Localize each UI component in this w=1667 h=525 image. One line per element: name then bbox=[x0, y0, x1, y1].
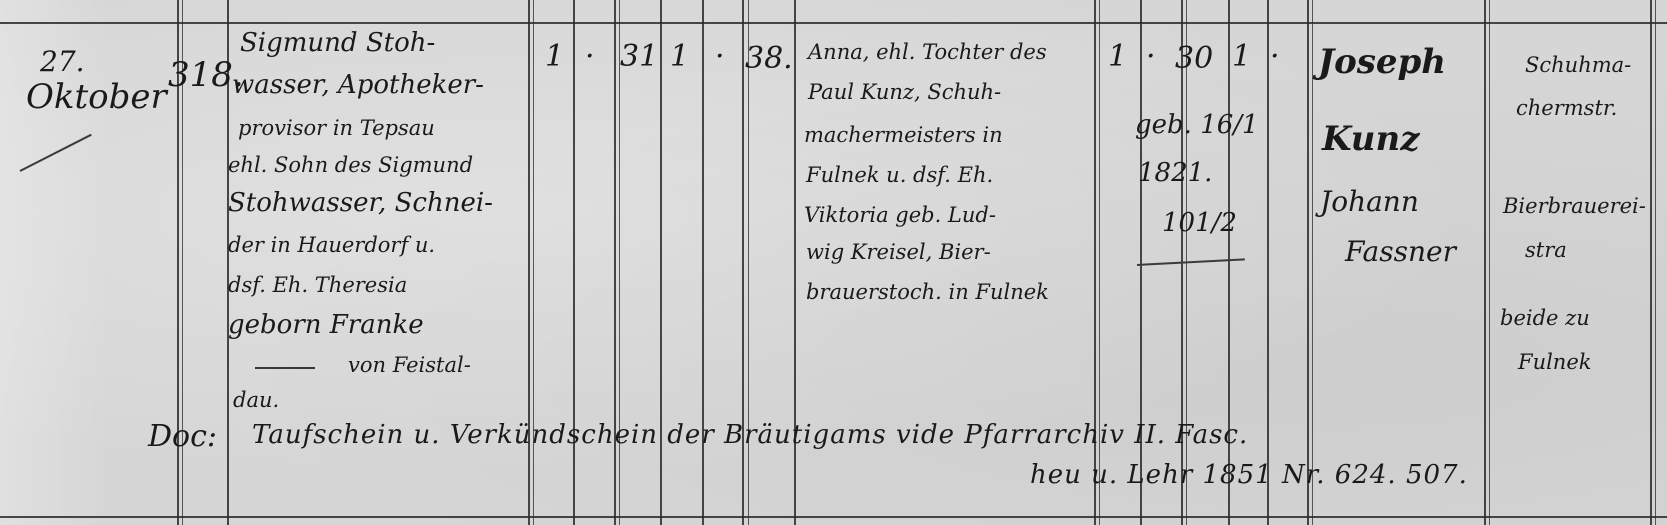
witness-name: Joseph bbox=[1318, 45, 1446, 79]
date-flourish-stroke bbox=[20, 134, 92, 172]
witness-status-line: Fulnek bbox=[1518, 352, 1592, 373]
groom-line: von Feistal- bbox=[348, 355, 471, 376]
entry-month: Oktober bbox=[26, 80, 167, 114]
register-page: 27. Oktober 318. Sigmund Stoh- wasser, A… bbox=[0, 0, 1667, 525]
groom-line: Stohwasser, Schnei- bbox=[228, 190, 493, 216]
groom-stat-dot: · bbox=[585, 42, 595, 72]
bottom-rule bbox=[0, 516, 1667, 518]
witness-status-line: chermstr. bbox=[1516, 98, 1617, 119]
documents-note-line1: Taufschein u. Verkündschein der Bräutiga… bbox=[252, 422, 1248, 448]
bride-stat-dot: · bbox=[1270, 42, 1280, 72]
bride-number: 38. bbox=[745, 44, 793, 74]
column-line bbox=[1655, 0, 1656, 525]
bride-line: wig Kreisel, Bier- bbox=[806, 242, 991, 263]
bride-line: Anna, ehl. Tochter des bbox=[808, 42, 1047, 63]
bride-line: machermeisters in bbox=[804, 125, 1003, 146]
documents-label: Doc: bbox=[148, 422, 217, 452]
groom-catholic: 1 bbox=[545, 42, 564, 72]
column-line bbox=[1484, 0, 1486, 525]
bride-line: brauerstoch. in Fulnek bbox=[806, 282, 1049, 303]
groom-stat-dot: · bbox=[715, 42, 725, 72]
groom-line: der in Hauerdorf u. bbox=[228, 235, 435, 256]
top-rule bbox=[0, 22, 1667, 24]
column-line bbox=[1489, 0, 1490, 525]
witness-name: Kunz bbox=[1322, 122, 1420, 156]
groom-line: ehl. Sohn des Sigmund bbox=[228, 155, 473, 176]
bride-birth-note: 101/2 bbox=[1162, 210, 1237, 236]
bride-single: 1 bbox=[1232, 42, 1251, 72]
witness-status-line: Bierbrauerei- bbox=[1503, 196, 1646, 217]
witness-status-line: beide zu bbox=[1500, 308, 1590, 329]
documents-note-line2: heu u. Lehr 1851 Nr. 624. 507. bbox=[1030, 462, 1468, 488]
witness-status-line: Schuhma- bbox=[1525, 55, 1631, 76]
bride-stat-dot: · bbox=[1146, 42, 1156, 72]
bride-birth-note: geb. 16/1 bbox=[1135, 112, 1259, 138]
column-line bbox=[1650, 0, 1652, 525]
groom-line: provisor in Tepsau bbox=[238, 118, 435, 139]
groom-line: Sigmund Stoh- bbox=[240, 30, 435, 56]
entry-day: 27. bbox=[40, 48, 85, 76]
bride-catholic: 1 bbox=[1108, 42, 1127, 72]
bride-line: Viktoria geb. Lud- bbox=[804, 205, 996, 226]
bride-line: Paul Kunz, Schuh- bbox=[808, 82, 1001, 103]
groom-single: 1 bbox=[670, 42, 689, 72]
bride-birth-note: 1821. bbox=[1138, 160, 1212, 186]
column-line bbox=[1312, 0, 1313, 525]
bride-line: Fulnek u. dsf. Eh. bbox=[806, 165, 993, 186]
column-line bbox=[1307, 0, 1309, 525]
groom-underline-stroke bbox=[255, 367, 315, 369]
groom-age: 31 bbox=[620, 42, 658, 72]
bride-age: 30 bbox=[1175, 44, 1213, 74]
witness-name: Fassner bbox=[1345, 238, 1456, 266]
groom-line: wasser, Apotheker- bbox=[232, 72, 484, 98]
column-line bbox=[1267, 0, 1269, 525]
groom-line: dsf. Eh. Theresia bbox=[228, 275, 407, 296]
groom-line: geborn Franke bbox=[228, 312, 424, 338]
groom-line: dau. bbox=[233, 390, 279, 411]
witness-status-line: stra bbox=[1525, 240, 1567, 261]
witness-name: Johann bbox=[1320, 188, 1419, 216]
